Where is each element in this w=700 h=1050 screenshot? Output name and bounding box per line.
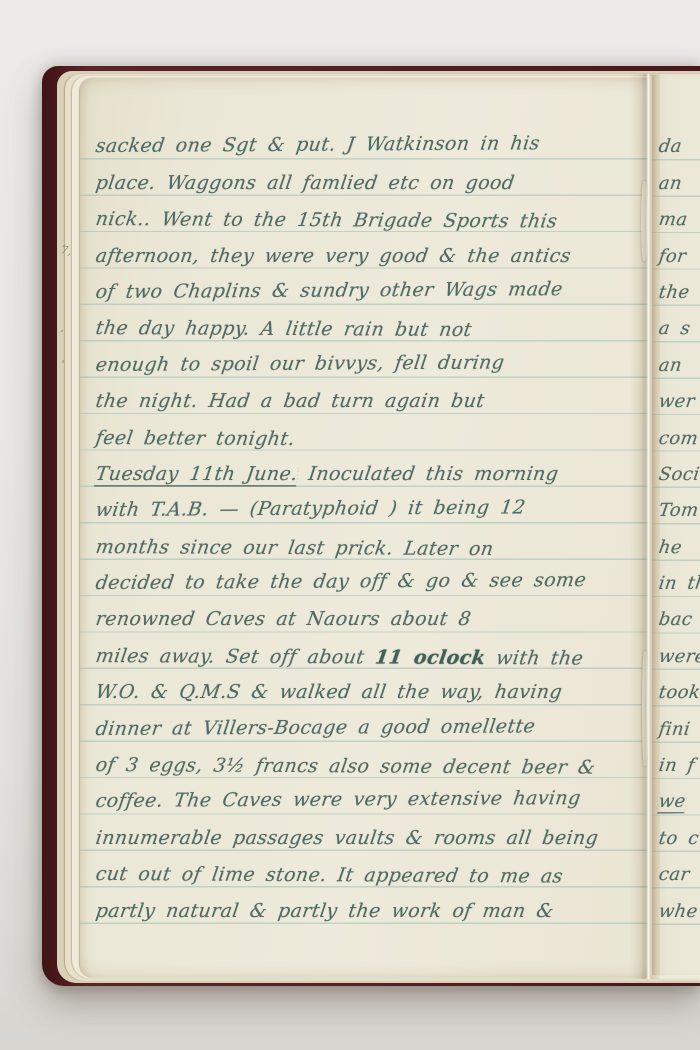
handwriting-line: with T.A.B. — (Paratyphoid ) it being 12 (94, 487, 640, 523)
diary-left-page: sacked one Sgt & put. J Watkinson in his… (80, 78, 648, 978)
handwriting-line: partly natural & partly the work of man … (94, 887, 640, 923)
handwriting-line: Tuesday 11th June. Inoculated this morni… (94, 451, 640, 487)
handwriting-line: renowned Caves at Naours about 8 (94, 596, 640, 632)
handwriting-line: decided to take the day off & go & see s… (94, 560, 640, 596)
handwriting-fragment: we (657, 779, 700, 815)
handwriting-fragment: an (657, 342, 700, 378)
handwriting-fragment: a s (657, 306, 700, 342)
right-page-fragments: daanmaforthea sanwercomSociTomhein thbac… (657, 124, 700, 925)
handwriting-line: the night. Had a bad turn again but (94, 378, 640, 414)
handwriting-line: sacked one Sgt & put. J Watkinson in his (94, 123, 640, 159)
handwriting-fragment: Tom (657, 488, 700, 524)
handwriting-line: of 3 eggs, 3½ francs also some decent be… (94, 742, 640, 778)
handwriting-fragment: to c (657, 815, 700, 851)
left-page-lines: sacked one Sgt & put. J Watkinson in his… (94, 123, 640, 924)
handwriting-line: enough to spoil our bivvys, fell during (94, 341, 640, 377)
handwriting-line: months since our last prick. Later on (94, 523, 640, 559)
photo-scene: 7, , ' sacked one Sgt & put. J Watkinson… (0, 0, 700, 1050)
handwriting-fragment: fini (657, 706, 700, 742)
handwriting-line: coffee. The Caves were very extensive ha… (94, 778, 640, 814)
handwriting-line: afternoon, they were very good & the ant… (94, 232, 640, 268)
handwriting-fragment: were (657, 633, 700, 669)
handwriting-line: miles away. Set off about 11 oclock with… (94, 632, 640, 668)
page-edge-pencil-mark: 7, (60, 243, 73, 258)
handwriting-fragment: wer (657, 379, 700, 415)
handwriting-fragment: in th (657, 561, 700, 597)
handwriting-fragment: Soci (657, 452, 700, 488)
handwriting-line: the day happy. A little rain but not (94, 305, 640, 341)
gutter-fold (630, 74, 660, 979)
handwriting-line: dinner at Villers-Bocage a good omellett… (94, 705, 640, 741)
handwriting-fragment: in f (657, 743, 700, 779)
handwriting-line: place. Waggons all famlied etc on good (94, 159, 640, 195)
handwriting-fragment: whe (657, 888, 700, 924)
handwriting-fragment: com (657, 415, 700, 451)
handwriting-line: innumerable passages vaults & rooms all … (94, 814, 640, 850)
handwriting-line: cut out of lime stone. It appeared to me… (94, 851, 640, 887)
handwriting-fragment: he (657, 524, 700, 560)
handwriting-fragment: for (657, 233, 700, 269)
notebook: 7, , ' sacked one Sgt & put. J Watkinson… (42, 66, 700, 986)
handwriting-line: W.O. & Q.M.S & walked all the way, havin… (94, 669, 640, 705)
handwriting-fragment: ma (657, 197, 700, 233)
handwriting-fragment: took (657, 670, 700, 706)
handwriting-fragment: da (657, 124, 700, 160)
handwriting-line: feel better tonight. (94, 414, 640, 450)
handwriting-fragment: an (657, 160, 700, 196)
handwriting-line: of two Chaplins & sundry other Wags made (94, 269, 640, 305)
handwriting-line: nick.. Went to the 15th Brigade Sports t… (94, 196, 640, 232)
handwriting-fragment: car (657, 852, 700, 888)
handwriting-fragment: bac (657, 597, 700, 633)
handwriting-fragment: the (657, 270, 700, 306)
